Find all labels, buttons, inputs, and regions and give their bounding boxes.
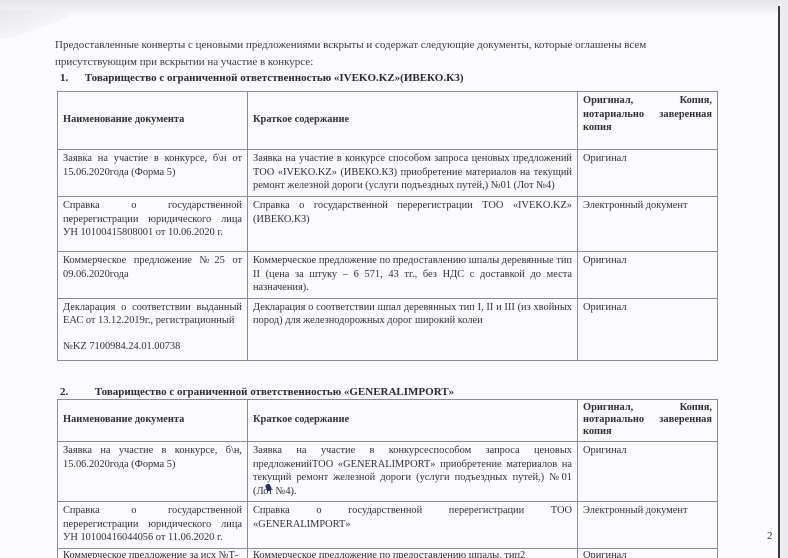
doc-summary: Заявка на участие в конкурсеспособом зап… [248,442,578,502]
table-header-row: Наименование документа Краткое содержани… [58,92,718,150]
section-2-title: Товарищество с ограниченной ответственно… [95,386,454,398]
doc-summary: Коммерческое предложение по предоставлен… [248,252,578,299]
column-header-summary: Краткое содержание [248,92,578,150]
column-header-summary: Краткое содержание [248,400,578,442]
scan-right-shade [780,0,788,558]
table-row: Коммерческое предложение №25 от 09.06.20… [58,252,718,299]
table-row: Заявка на участие в конкурсе, б\н, 15.06… [58,442,718,502]
table-row: Декларация о соответствии выданный ЕАС о… [58,298,718,360]
table-row: Справка о государственной перерегистраци… [58,502,718,549]
page-number: 2 [767,530,773,542]
doc-type: Электронный документ [578,502,718,549]
section-1-table: Наименование документа Краткое содержани… [57,91,718,361]
doc-name: Коммерческое предложение за исх №Т- [58,548,248,558]
doc-name-cell: Декларация о соответствии выданный ЕАС о… [58,298,248,360]
doc-summary: Коммерческое предложение по предоставлен… [248,548,578,558]
scan-top-edge [0,0,788,14]
column-header-name: Наименование документа [58,400,248,442]
doc-name: Заявка на участие в конкурсе, б\н от 15.… [58,150,248,197]
doc-type: Оригинал [578,298,718,360]
section-1-heading: 1. Товарищество с ограниченной ответстве… [60,72,464,84]
column-header-type: Оригинал, Копия, нотариально заверенная … [578,400,718,442]
doc-type: Электронный документ [578,197,718,252]
doc-type: Оригинал [578,252,718,299]
table-header-row: Наименование документа Краткое содержани… [58,400,718,442]
intro-paragraph: Предоставленные конверты с ценовыми пред… [55,37,720,71]
section-2-number: 2. [60,386,92,398]
table-row: Коммерческое предложение за исх №Т- Комм… [58,548,718,558]
column-header-name: Наименование документа [58,92,248,150]
column-header-type: Оригинал, Копия, нотариально заверенная … [578,92,718,150]
section-1-title: Товарищество с ограниченной ответственно… [85,72,464,84]
scanned-page: Предоставленные конверты с ценовыми пред… [0,0,788,558]
doc-type: Оригинал [578,442,718,502]
doc-name: Декларация о соответствии выданный ЕАС о… [63,301,242,328]
doc-name: Справка о государственной перерегистраци… [58,502,248,549]
scan-right-edge [778,6,780,558]
section-1-number: 1. [60,72,82,84]
table-row: Заявка на участие в конкурсе, б\н от 15.… [58,150,718,197]
section-2-table: Наименование документа Краткое содержани… [57,399,718,558]
doc-type: Оригинал [578,548,718,558]
doc-summary: Заявка на участие в конкурсе способом за… [248,150,578,197]
section-2-heading: 2. Товарищество с ограниченной ответстве… [60,386,454,398]
doc-registration-number: №KZ 7100984.24.01.00738 [63,340,242,354]
table-row: Справка о государственной перерегистраци… [58,197,718,252]
doc-summary: Декларация о соответствии шпал деревянны… [248,298,578,360]
doc-name: Заявка на участие в конкурсе, б\н, 15.06… [58,442,248,502]
doc-name: Справка о государственной перерегистраци… [58,197,248,252]
doc-summary: Справка о государственной перерегистраци… [248,197,578,252]
doc-type: Оригинал [578,150,718,197]
doc-name: Коммерческое предложение №25 от 09.06.20… [58,252,248,299]
scan-folded-corner [0,10,70,38]
doc-summary: Справка о государственной перерегистраци… [248,502,578,549]
